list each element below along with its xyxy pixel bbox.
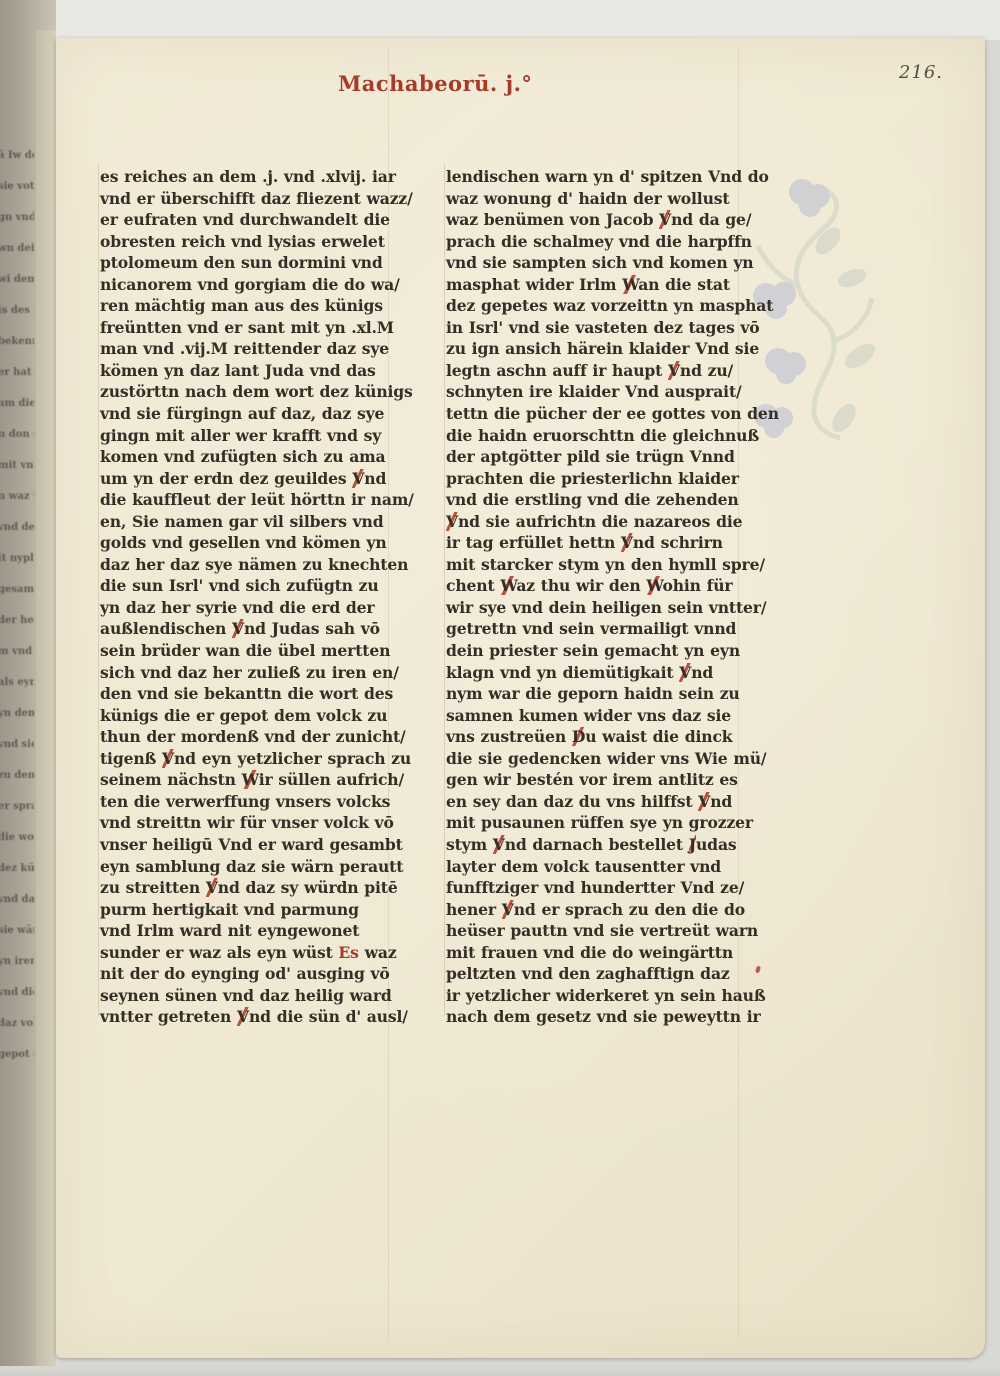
edge-text-fragment: vnd dem: [0, 512, 32, 543]
text-line: vnser heiligū Vnd er ward gesambt: [100, 834, 400, 856]
text-line: vnd Irlm ward nit eyngewonet: [100, 920, 400, 942]
scan-background-top: [0, 0, 1000, 40]
text-line: hener Vnd er sprach zu den die do: [446, 899, 754, 921]
text-line: er eufraten vnd durchwandelt die: [100, 209, 400, 231]
text-column-1: es reiches an dem .j. vnd .xlvij. iarvnd…: [100, 166, 400, 1028]
text-line: mit pusaunen rüffen sye yn grozzer: [446, 812, 754, 834]
scan-background-bottom: [0, 1366, 1000, 1376]
text-line: es reiches an dem .j. vnd .xlvij. iar: [100, 166, 400, 188]
parchment-page: 216. Machabeorū. j.° es reiches an dem .…: [56, 38, 985, 1358]
text-line: ptolomeum den sun dormini vnd: [100, 252, 400, 274]
text-line: sich vnd daz her zuließ zu iren en/: [100, 662, 400, 684]
text-line: ir tag erfüllet hettn Vnd schrirn: [446, 532, 754, 554]
edge-text-fragment: sie wärn: [0, 915, 32, 946]
text-line: tigenß Vnd eyn yetzlicher sprach zu: [100, 748, 400, 770]
edge-text-fragment: als eyn w: [0, 667, 32, 698]
edge-text-fragment: n waz von: [0, 481, 32, 512]
text-line: waz benümen von Jacob Vnd da ge/: [446, 209, 754, 231]
text-line: gen wir bestén vor irem antlitz es: [446, 769, 754, 791]
text-line: zu ign ansich härein klaider Vnd sie: [446, 338, 754, 360]
edge-text-fragment: vnd die: [0, 977, 32, 1008]
text-line: freüntten vnd er sant mit yn .xl.M: [100, 317, 400, 339]
text-line: lendischen warn yn d' spitzen Vnd do: [446, 166, 754, 188]
edge-text-fragment: er sprach: [0, 791, 32, 822]
text-line: den vnd sie bekanttn die wort des: [100, 683, 400, 705]
text-line: wir sye vnd dein heiligen sein vntter/: [446, 597, 754, 619]
edge-text-fragment: wi dem ß: [0, 264, 32, 295]
text-line: kömen yn daz lant Juda vnd das: [100, 360, 400, 382]
text-line: ten die verwerffung vnsers volcks: [100, 791, 400, 813]
text-line: gingn mit aller wer krafft vnd sy: [100, 425, 400, 447]
text-line: in Isrl' vnd sie vasteten dez tages vō: [446, 317, 754, 339]
text-line: chent Waz thu wir den Wohin für: [446, 575, 754, 597]
page-stack-edge: [36, 30, 56, 1370]
text-line: yn daz her syrie vnd die erd der: [100, 597, 400, 619]
text-line: nym war die geporn haidn sein zu: [446, 683, 754, 705]
text-line: die haidn eruorschttn die gleichnuß: [446, 425, 754, 447]
edge-text-fragment: vnd sie: [0, 729, 32, 760]
text-line: daz her daz sye nämen zu knechten: [100, 554, 400, 576]
text-line: der aptgötter pild sie trügn Vnnd: [446, 446, 754, 468]
text-line: thun der mordenß vnd der zunicht/: [100, 726, 400, 748]
text-line: zustörttn nach dem wort dez künigs: [100, 381, 400, 403]
text-line: nit der do eynging od' ausging vō: [100, 963, 400, 985]
text-line: dez gepetes waz vorzeittn yn masphat: [446, 295, 754, 317]
text-line: vntter getreten Vnd die sün d' ausl/: [100, 1006, 400, 1028]
text-line: klagn vnd yn diemütigkait Vnd: [446, 662, 754, 684]
text-line: Vnd sie aufrichtn die nazareos die: [446, 511, 754, 533]
text-line: en, Sie namen gar vil silbers vnd: [100, 511, 400, 533]
edge-text-fragment: it nyplach: [0, 543, 32, 574]
text-line: um yn der erdn dez geuildes Vnd: [100, 468, 400, 490]
text-line: seynen sünen vnd daz heilig ward: [100, 985, 400, 1007]
edge-text-fragment: am die erde: [0, 388, 32, 419]
text-line: ir yetzlicher widerkeret yn sein hauß: [446, 985, 754, 1007]
edge-text-fragment: die wort: [0, 822, 32, 853]
text-line: heüser pauttn vnd sie vertreüt warn: [446, 920, 754, 942]
text-line: vnd er überschifft daz fliezent wazz/: [100, 188, 400, 210]
text-line: vnd sie fürgingn auf daz, daz sye: [100, 403, 400, 425]
text-line: die kauffleut der leüt hörttn ir nam/: [100, 489, 400, 511]
text-line: komen vnd zufügten sich zu ama: [100, 446, 400, 468]
text-line: layter dem volck tausentter vnd: [446, 856, 754, 878]
text-line: getrettn vnd sein vermailigt vnnd: [446, 618, 754, 640]
edge-text-fragment: zu den d: [0, 760, 32, 791]
text-line: vns zustreüen Du waist die dinck: [446, 726, 754, 748]
edge-text-fragment: is des reche: [0, 295, 32, 326]
text-line: die sun Isrl' vnd sich zufügtn zu: [100, 575, 400, 597]
text-line: purm hertigkait vnd parmung: [100, 899, 400, 921]
text-line: samnen kumen wider vns daz sie: [446, 705, 754, 727]
edge-text-fragment: gepot de: [0, 1039, 32, 1070]
edge-text-fragment: bekenntn: [0, 326, 32, 357]
edge-text-fragment: m vnd daz: [0, 636, 32, 667]
text-line: prach die schalmey vnd die harpffn: [446, 231, 754, 253]
text-line: sunder er waz als eyn wüst Es waz: [100, 942, 400, 964]
text-line: nicanorem vnd gorgiam die do wa/: [100, 274, 400, 296]
edge-text-fragment: n don erstn: [0, 419, 32, 450]
edge-text-fragment: sie votm y: [0, 171, 32, 202]
text-line: prachten die priesterlichn klaider: [446, 468, 754, 490]
edge-text-fragment: vnd daz: [0, 884, 32, 915]
text-line: zu streitten Vnd daz sy würdn pitē: [100, 877, 400, 899]
text-line: mit starcker stym yn den hymll spre/: [446, 554, 754, 576]
text-line: die sie gedencken wider vns Wie mü/: [446, 748, 754, 770]
text-line: stym Vnd darnach bestellet Judas: [446, 834, 754, 856]
text-line: mit frauen vnd die do weingärttn: [446, 942, 754, 964]
text-line: ren mächtig man aus des künigs: [100, 295, 400, 317]
facing-page-text-fragments: ā Iw demsie votm ygn vnd dwn deißwi dem …: [0, 140, 34, 1100]
text-line: masphat wider Irlm Wan die stat: [446, 274, 754, 296]
text-line: sein brüder wan die übel mertten: [100, 640, 400, 662]
text-line: schnyten ire klaider Vnd ausprait/: [446, 381, 754, 403]
text-line: vnd streittn wir für vnser volck vō: [100, 812, 400, 834]
edge-text-fragment: daz volck: [0, 1008, 32, 1039]
ruling-line: [444, 164, 445, 1016]
text-line: golds vnd gesellen vnd kömen yn: [100, 532, 400, 554]
text-line: vnd die erstling vnd die zehenden: [446, 489, 754, 511]
edge-text-fragment: der heilig: [0, 605, 32, 636]
text-line: legtn aschn auff ir haupt Vnd zu/: [446, 360, 754, 382]
edge-text-fragment: gn vnd d: [0, 202, 32, 233]
folio-number: 216.: [899, 62, 943, 83]
edge-text-fragment: yn dem h: [0, 698, 32, 729]
text-line: peltzten vnd den zaghafftign daz: [446, 963, 754, 985]
edge-text-fragment: mit vnd': [0, 450, 32, 481]
text-line: funfftziger vnd hundertter Vnd ze/: [446, 877, 754, 899]
text-line: en sey dan daz du vns hilffst Vnd: [446, 791, 754, 813]
text-line: seinem nächstn Wir süllen aufrich/: [100, 769, 400, 791]
manuscript-photo: { "page": { "folio": "216.", "header": "…: [0, 0, 1000, 1376]
edge-text-fragment: ā Iw dem: [0, 140, 32, 171]
text-line: nach dem gesetz vnd sie peweyttn ir: [446, 1006, 754, 1028]
ruling-line: [98, 164, 99, 1016]
edge-text-fragment: yn irem: [0, 946, 32, 977]
red-ink-speck: [755, 966, 761, 974]
text-line: obresten reich vnd lysias erwelet: [100, 231, 400, 253]
text-line: tettn die pücher der ee gottes von den: [446, 403, 754, 425]
edge-text-fragment: er hat getn: [0, 357, 32, 388]
text-column-2: lendischen warn yn d' spitzen Vnd dowaz …: [446, 166, 754, 1028]
edge-text-fragment: dez künig: [0, 853, 32, 884]
text-line: man vnd .vij.M reittender daz sye: [100, 338, 400, 360]
text-line: vnd sie sampten sich vnd komen yn: [446, 252, 754, 274]
text-line: außlendischen Vnd Judas sah vō: [100, 618, 400, 640]
text-line: eyn samblung daz sie wärn perautt: [100, 856, 400, 878]
text-line: künigs die er gepot dem volck zu: [100, 705, 400, 727]
text-line: dein priester sein gemacht yn eyn: [446, 640, 754, 662]
rubric-header: Machabeorū. j.°: [338, 71, 532, 96]
text-line: waz wonung d' haidn der wollust: [446, 188, 754, 210]
edge-text-fragment: gesampt: [0, 574, 32, 605]
edge-text-fragment: wn deiß: [0, 233, 32, 264]
